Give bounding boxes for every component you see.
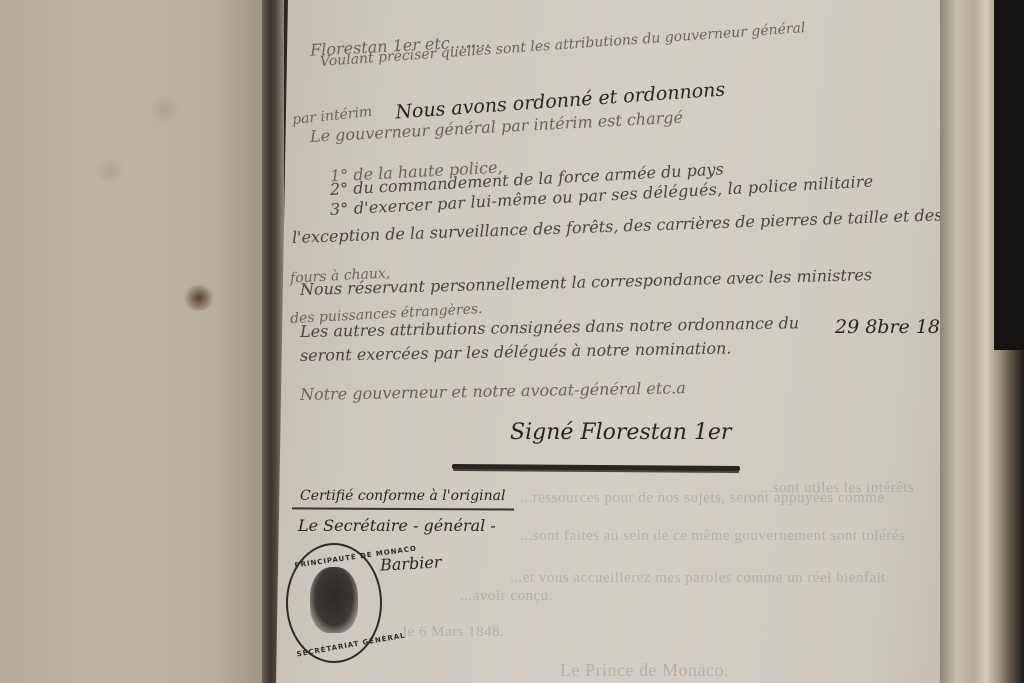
printed-line: ...et vous accueillerez mes paroles comm… xyxy=(510,570,886,587)
certification-line: Certifié conforme à l'original xyxy=(300,488,505,504)
printed-line: ...ressources pour de nos sujets, seront… xyxy=(520,490,885,507)
signature: Signé Florestan 1er xyxy=(510,420,731,445)
left-page xyxy=(0,0,272,683)
printed-line: Le Prince de Monaco. xyxy=(560,660,729,681)
coat-of-arms-icon xyxy=(310,567,358,633)
page-edges xyxy=(940,0,1024,683)
printed-line: ...sont faites au sein de ce même gouver… xyxy=(520,528,905,545)
foxing-stain xyxy=(90,160,130,182)
ink-stamp-seal: PRINCIPAUTÉ DE MONACO SECRÉTARIAT GÉNÉRA… xyxy=(286,543,382,663)
printed-line: ...avoir conçu. xyxy=(460,588,553,605)
printed-line: ...le 6 Mars 1848. xyxy=(390,624,504,641)
certification-line: Le Secrétaire - général - xyxy=(298,516,496,535)
photo-scene: ...sont utiles les intérêts ...ressource… xyxy=(0,0,1024,683)
background-shadow xyxy=(994,0,1024,350)
foxing-stain xyxy=(150,95,180,125)
ink-spot xyxy=(182,285,216,311)
